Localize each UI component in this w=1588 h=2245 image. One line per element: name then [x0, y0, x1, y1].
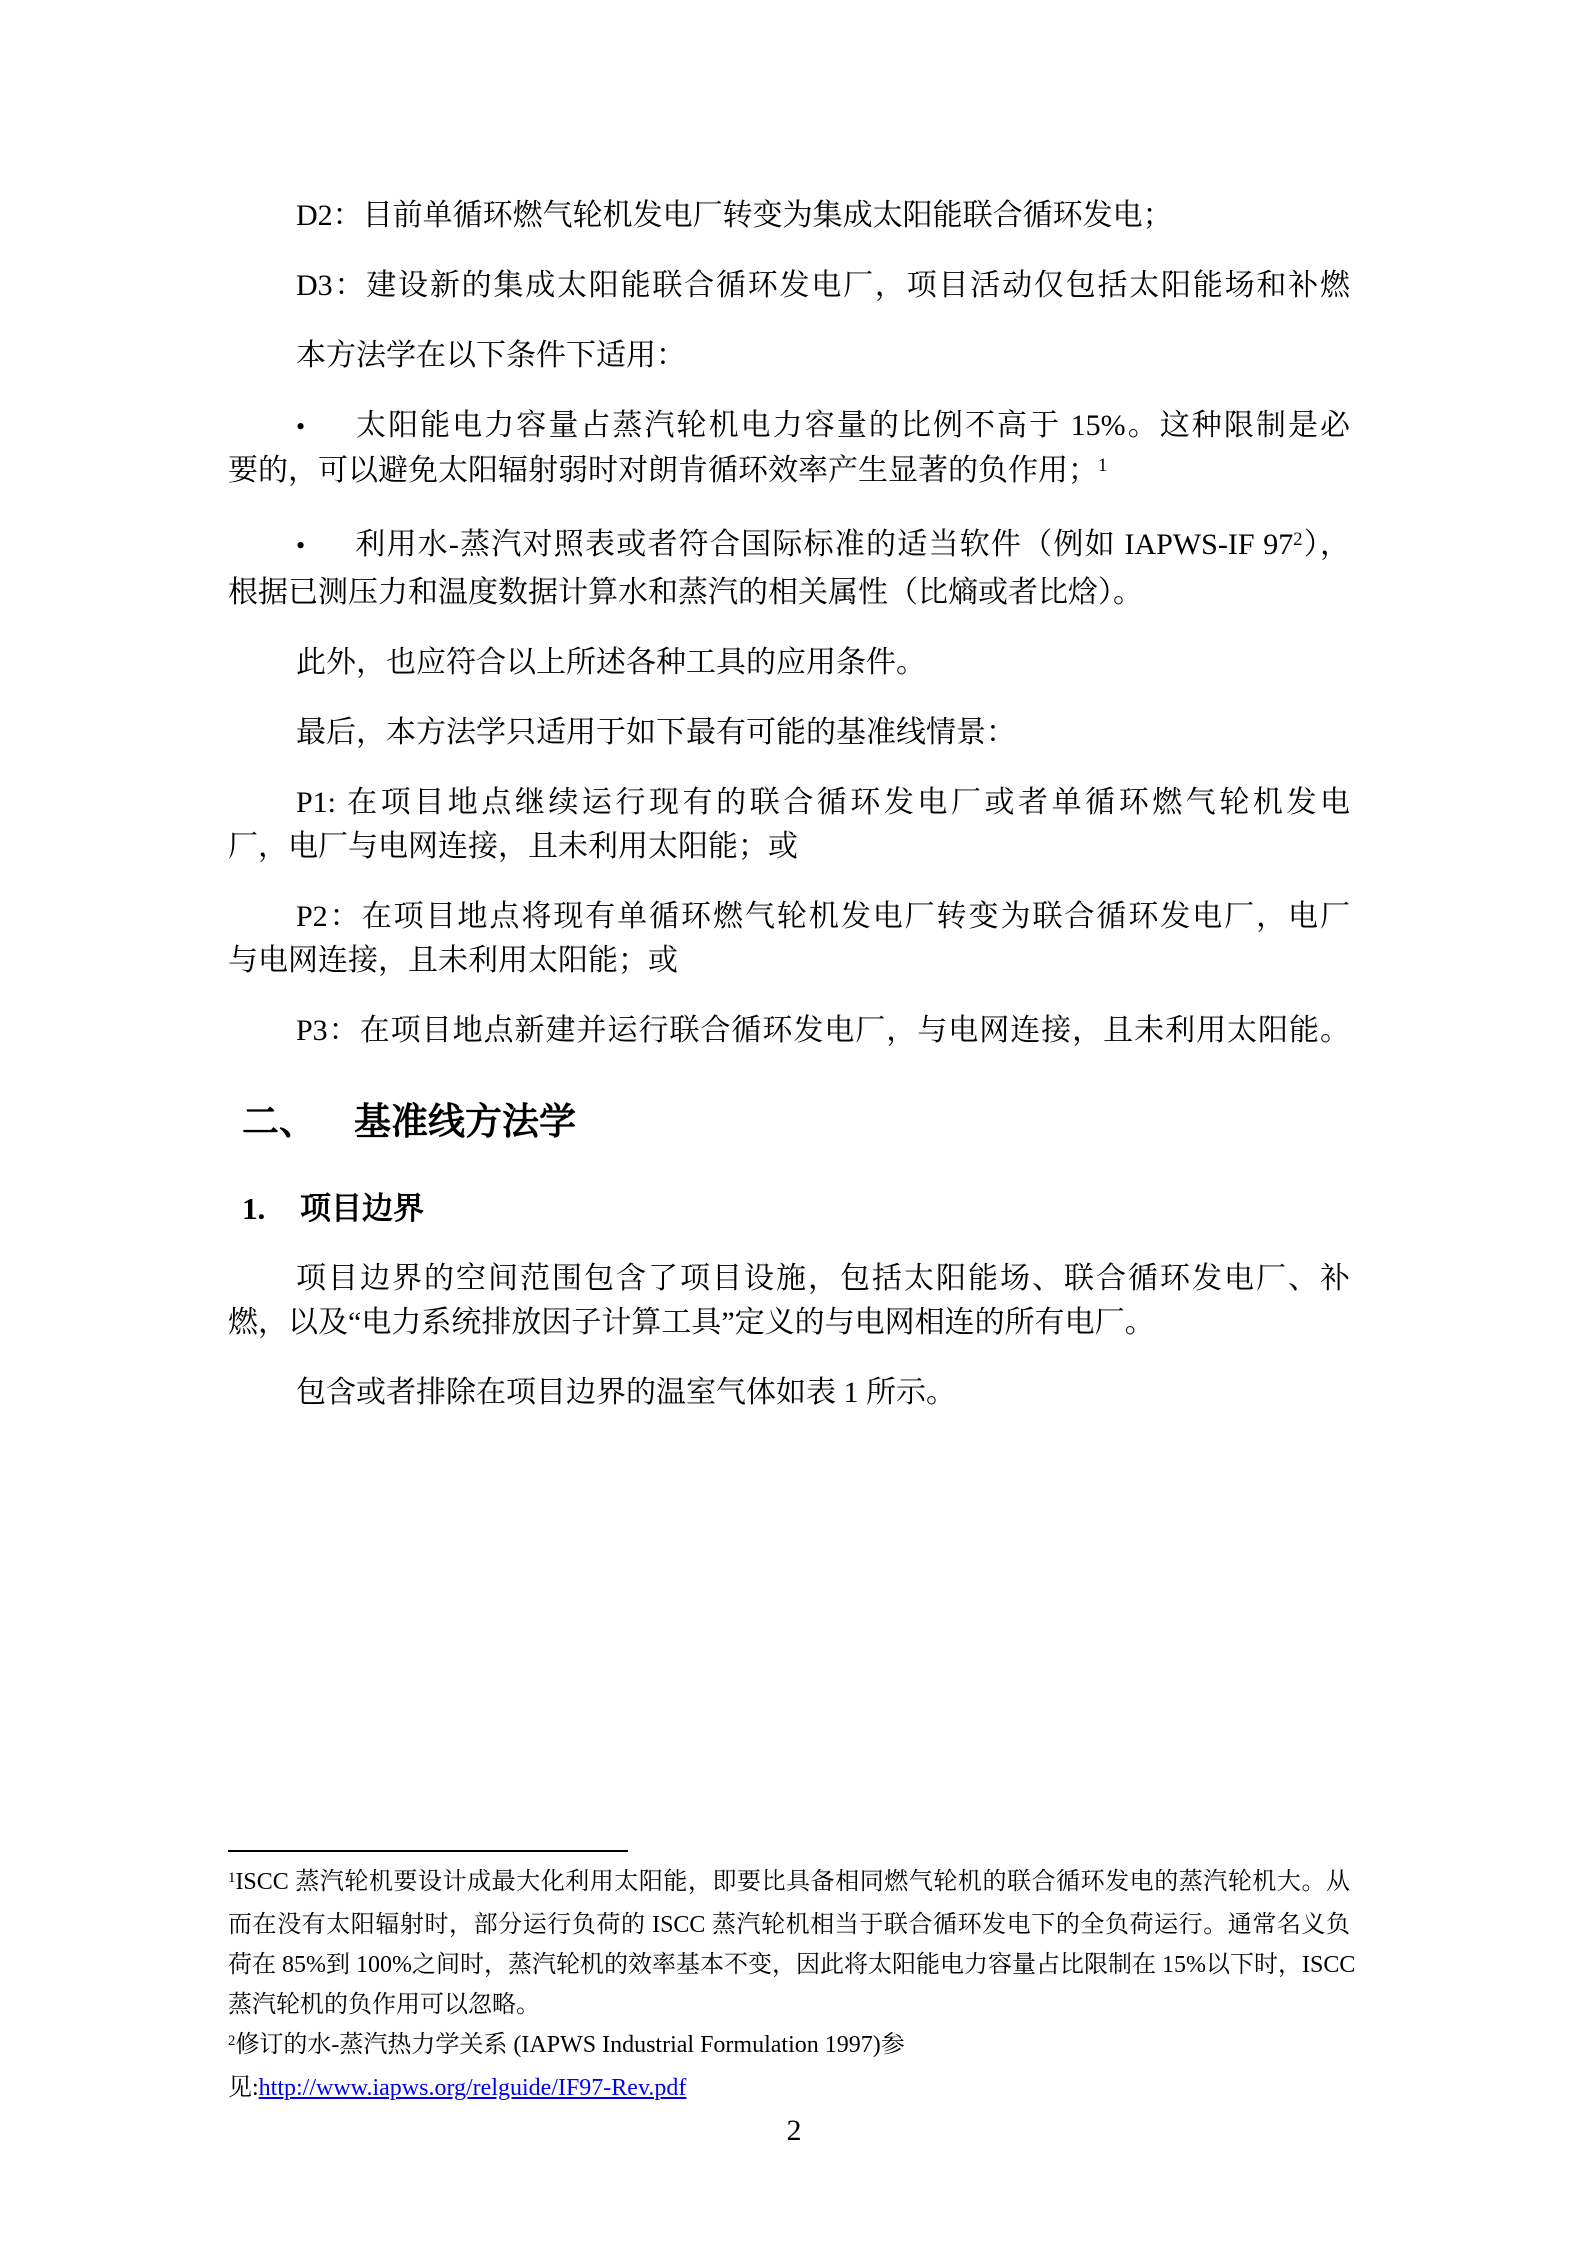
text-line: P3：在项目地点新建并运行联合循环发电厂，与电网连接，且未利用太阳能。 — [228, 1009, 1350, 1053]
paragraph: D3：建设新的集成太阳能联合循环发电厂，项目活动仅包括太阳能场和补燃 — [228, 264, 1350, 308]
subsection-heading: 1.项目边界 — [228, 1185, 1350, 1233]
text-segment: ）， — [1303, 528, 1350, 561]
text-line: 包含或者排除在项目边界的温室气体如表 1 所示。 — [228, 1371, 1350, 1415]
text-line: •利用水-蒸汽对照表或者符合国际标准的适当软件（例如 IAPWS-IF 972）… — [228, 523, 1350, 571]
footnotes-list: 1ISCC 蒸汽轮机要设计成最大化利用太阳能，即要比具备相同燃气轮机的联合循环发… — [228, 1862, 1350, 2108]
text-line: 项目边界的空间范围包含了项目设施，包括太阳能场、联合循环发电厂、补 — [228, 1257, 1350, 1301]
footnotes-section: 1ISCC 蒸汽轮机要设计成最大化利用太阳能，即要比具备相同燃气轮机的联合循环发… — [228, 1850, 1350, 2108]
text-segment: 修订的水-蒸汽热力学关系 (IAPWS Industrial Formulati… — [235, 2032, 904, 2058]
bullet-icon: • — [296, 524, 354, 568]
paragraph: 最后，本方法学只适用于如下最有可能的基准线情景： — [228, 711, 1350, 755]
text-segment: 本方法学在以下条件下适用： — [296, 339, 686, 372]
text-segment: 包含或者排除在项目边界的温室气体如表 1 所示。 — [296, 1376, 956, 1409]
paragraph: D2：目前单循环燃气轮机发电厂转变为集成太阳能联合循环发电； — [228, 194, 1350, 238]
text-segment: P3：在项目地点新建并运行联合循环发电厂，与电网连接，且未利用太阳能。 — [296, 1014, 1350, 1047]
text-line: •太阳能电力容量占蒸汽轮机电力容量的比例不高于 15%。这种限制是必 — [228, 404, 1350, 449]
text-line: 要的，可以避免太阳辐射弱时对朗肯循环效率产生显著的负作用；1 — [228, 449, 1350, 497]
superscript-footnote-ref: 2 — [1293, 529, 1302, 550]
text-segment: 与电网连接，且未利用太阳能；或 — [228, 944, 678, 977]
heading-title: 基准线方法学 — [354, 1102, 576, 1143]
text-segment: ISCC 蒸汽轮机要设计成最大化利用太阳能，即要比具备相同燃气轮机的联合循环发电… — [235, 1869, 1350, 1895]
text-segment: 利用水-蒸汽对照表或者符合国际标准的适当软件（例如 IAPWS-IF 97 — [354, 528, 1293, 561]
text-line: D2：目前单循环燃气轮机发电厂转变为集成太阳能联合循环发电； — [228, 194, 1350, 238]
paragraph: 项目边界的空间范围包含了项目设施，包括太阳能场、联合循环发电厂、补燃，以及“电力… — [228, 1257, 1350, 1345]
text-line: 1ISCC 蒸汽轮机要设计成最大化利用太阳能，即要比具备相同燃气轮机的联合循环发… — [228, 1862, 1350, 1905]
text-line: 厂，电厂与电网连接，且未利用太阳能；或 — [228, 825, 1350, 869]
text-line: 此外，也应符合以上所述各种工具的应用条件。 — [228, 641, 1350, 685]
paragraph: P2：在项目地点将现有单循环燃气轮机发电厂转变为联合循环发电厂，电厂与电网连接，… — [228, 895, 1350, 983]
document-page: D2：目前单循环燃气轮机发电厂转变为集成太阳能联合循环发电；D3：建设新的集成太… — [0, 0, 1588, 2245]
text-segment: 最后，本方法学只适用于如下最有可能的基准线情景： — [296, 716, 1016, 749]
text-line: 见:http://www.iapws.org/relguide/IF97-Rev… — [228, 2068, 1350, 2108]
footnote-url-link[interactable]: http://www.iapws.org/relguide/IF97-Rev.p… — [259, 2075, 687, 2101]
document-content: D2：目前单循环燃气轮机发电厂转变为集成太阳能联合循环发电；D3：建设新的集成太… — [228, 194, 1350, 1441]
text-segment: 太阳能电力容量占蒸汽轮机电力容量的比例不高于 15%。这种限制是必 — [354, 409, 1350, 442]
footnote-separator — [228, 1850, 628, 1852]
paragraph: 本方法学在以下条件下适用： — [228, 334, 1350, 378]
paragraph: •太阳能电力容量占蒸汽轮机电力容量的比例不高于 15%。这种限制是必要的，可以避… — [228, 404, 1350, 497]
text-segment: 根据已测压力和温度数据计算水和蒸汽的相关属性（比熵或者比焓）。 — [228, 576, 1143, 609]
section-heading: 二、基准线方法学 — [228, 1095, 1350, 1151]
text-segment: 见: — [228, 2075, 259, 2101]
text-line: 最后，本方法学只适用于如下最有可能的基准线情景： — [228, 711, 1350, 755]
text-segment: D3：建设新的集成太阳能联合循环发电厂，项目活动仅包括太阳能场和补燃 — [296, 269, 1350, 302]
heading-numeral: 二、 — [242, 1095, 354, 1151]
text-segment: 燃，以及“电力系统排放因子计算工具”定义的与电网相连的所有电厂。 — [228, 1306, 1155, 1339]
text-segment: 此外，也应符合以上所述各种工具的应用条件。 — [296, 646, 926, 679]
paragraph: P3：在项目地点新建并运行联合循环发电厂，与电网连接，且未利用太阳能。 — [228, 1009, 1350, 1053]
superscript-footnote-ref: 1 — [228, 1870, 235, 1886]
heading-title: 项目边界 — [300, 1191, 424, 1226]
paragraph: P1: 在项目地点继续运行现有的联合循环发电厂或者单循环燃气轮机发电厂，电厂与电… — [228, 781, 1350, 869]
superscript-footnote-ref: 1 — [1098, 455, 1107, 476]
text-segment: P1: 在项目地点继续运行现有的联合循环发电厂或者单循环燃气轮机发电 — [296, 786, 1350, 819]
paragraph: 此外，也应符合以上所述各种工具的应用条件。 — [228, 641, 1350, 685]
text-line: P1: 在项目地点继续运行现有的联合循环发电厂或者单循环燃气轮机发电 — [228, 781, 1350, 825]
text-segment: 要的，可以避免太阳辐射弱时对朗肯循环效率产生显著的负作用； — [228, 454, 1098, 487]
text-segment: P2：在项目地点将现有单循环燃气轮机发电厂转变为联合循环发电厂，电厂 — [296, 900, 1350, 933]
superscript-footnote-ref: 2 — [228, 2033, 235, 2049]
paragraph: •利用水-蒸汽对照表或者符合国际标准的适当软件（例如 IAPWS-IF 972）… — [228, 523, 1350, 615]
text-line: 与电网连接，且未利用太阳能；或 — [228, 939, 1350, 983]
text-segment: D2：目前单循环燃气轮机发电厂转变为集成太阳能联合循环发电； — [296, 199, 1173, 232]
text-line: 根据已测压力和温度数据计算水和蒸汽的相关属性（比熵或者比焓）。 — [228, 571, 1350, 615]
text-line: 而在没有太阳辐射时，部分运行负荷的 ISCC 蒸汽轮机相当于联合循环发电下的全负… — [228, 1905, 1350, 1945]
text-segment: 荷在 85%到 100%之间时，蒸汽轮机的效率基本不变，因此将太阳能电力容量占比… — [228, 1952, 1355, 1978]
heading-numeral: 1. — [242, 1185, 300, 1233]
page-number: 2 — [0, 2114, 1588, 2148]
text-segment: 厂，电厂与电网连接，且未利用太阳能；或 — [228, 830, 798, 863]
text-line: 2修订的水-蒸汽热力学关系 (IAPWS Industrial Formulat… — [228, 2025, 1350, 2068]
text-line: D3：建设新的集成太阳能联合循环发电厂，项目活动仅包括太阳能场和补燃 — [228, 264, 1350, 308]
paragraph: 包含或者排除在项目边界的温室气体如表 1 所示。 — [228, 1371, 1350, 1415]
text-segment: 而在没有太阳辐射时，部分运行负荷的 ISCC 蒸汽轮机相当于联合循环发电下的全负… — [228, 1912, 1350, 1938]
text-line: 本方法学在以下条件下适用： — [228, 334, 1350, 378]
text-line: 荷在 85%到 100%之间时，蒸汽轮机的效率基本不变，因此将太阳能电力容量占比… — [228, 1945, 1350, 1985]
text-segment: 项目边界的空间范围包含了项目设施，包括太阳能场、联合循环发电厂、补 — [296, 1262, 1350, 1295]
text-line: P2：在项目地点将现有单循环燃气轮机发电厂转变为联合循环发电厂，电厂 — [228, 895, 1350, 939]
footnote: 2修订的水-蒸汽热力学关系 (IAPWS Industrial Formulat… — [228, 2025, 1350, 2108]
text-segment: 蒸汽轮机的负作用可以忽略。 — [228, 1992, 540, 2018]
footnote: 1ISCC 蒸汽轮机要设计成最大化利用太阳能，即要比具备相同燃气轮机的联合循环发… — [228, 1862, 1350, 2025]
bullet-icon: • — [296, 405, 354, 449]
text-line: 蒸汽轮机的负作用可以忽略。 — [228, 1985, 1350, 2025]
text-line: 燃，以及“电力系统排放因子计算工具”定义的与电网相连的所有电厂。 — [228, 1301, 1350, 1345]
